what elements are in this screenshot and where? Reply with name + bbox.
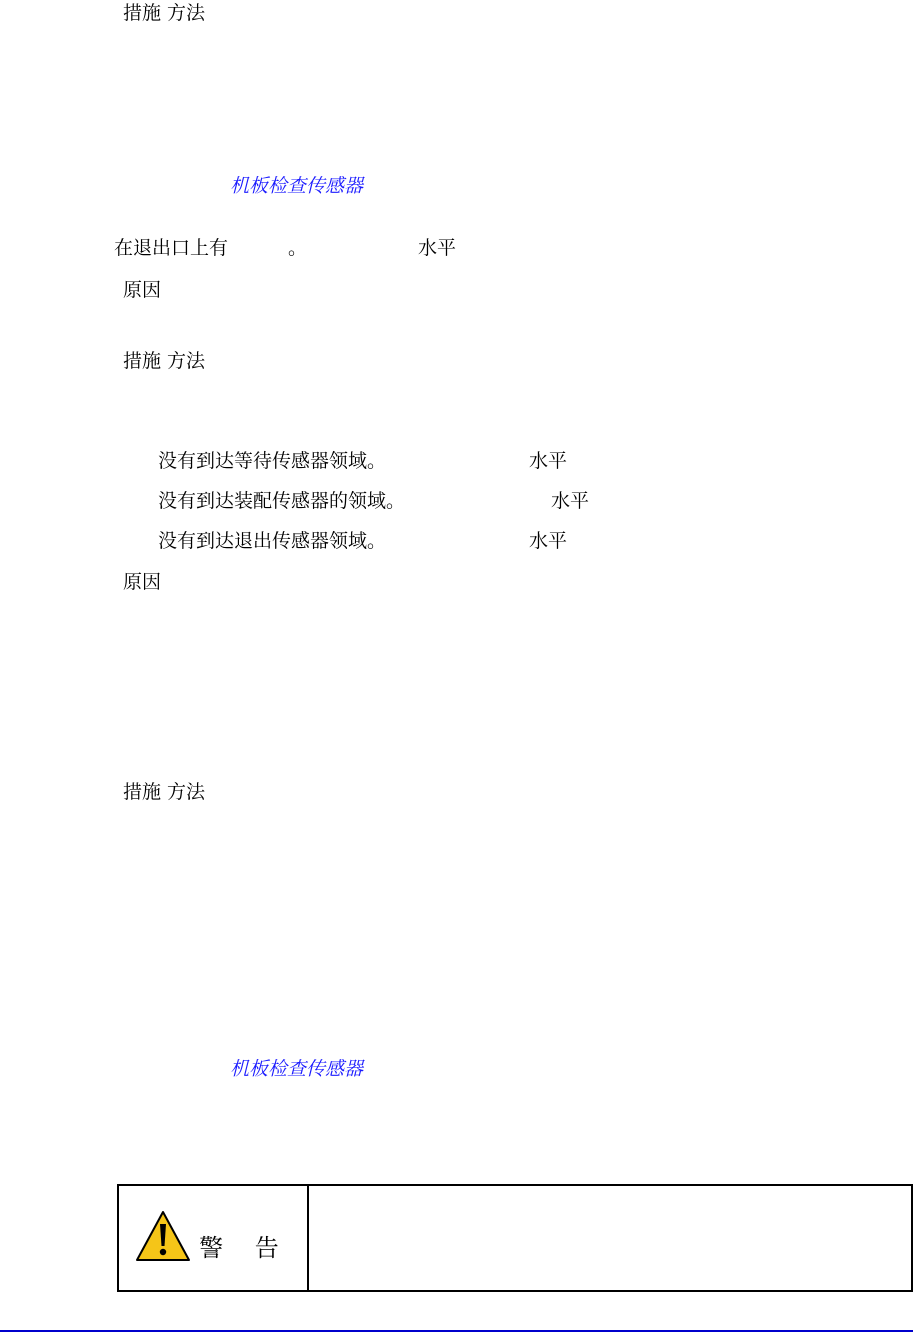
measures-heading-1: 措施 方法 xyxy=(123,2,205,24)
footer-rule xyxy=(0,1330,913,1332)
sensor-message-assembly: 没有到达装配传感器的领域。 xyxy=(158,490,405,512)
cause-heading-2: 原因 xyxy=(123,571,161,593)
warning-triangle-icon xyxy=(135,1210,191,1266)
exit-message-text: 在退出口上有 xyxy=(114,237,228,259)
measures-heading-2: 措施 方法 xyxy=(123,350,205,372)
warning-box: 警 告 xyxy=(117,1184,913,1292)
sensor-message-exit-level: 水平 xyxy=(529,530,567,552)
sensor-message-wait: 没有到达等待传感器领域。 xyxy=(158,450,386,472)
board-sensor-link-1[interactable]: 机板检查传感器 xyxy=(230,175,363,197)
warning-label: 警 告 xyxy=(199,1228,291,1263)
warning-label-cell: 警 告 xyxy=(119,1186,309,1290)
cause-heading-1: 原因 xyxy=(123,279,161,301)
sensor-message-assembly-level: 水平 xyxy=(551,490,589,512)
exit-message-suffix: 。 xyxy=(288,237,307,259)
warning-body-cell xyxy=(309,1186,911,1290)
measures-heading-3: 措施 方法 xyxy=(123,781,205,803)
sensor-message-exit: 没有到达退出传感器领域。 xyxy=(158,530,386,552)
board-sensor-link-2[interactable]: 机板检查传感器 xyxy=(230,1058,363,1080)
exit-message-level: 水平 xyxy=(418,237,456,259)
sensor-message-wait-level: 水平 xyxy=(529,450,567,472)
